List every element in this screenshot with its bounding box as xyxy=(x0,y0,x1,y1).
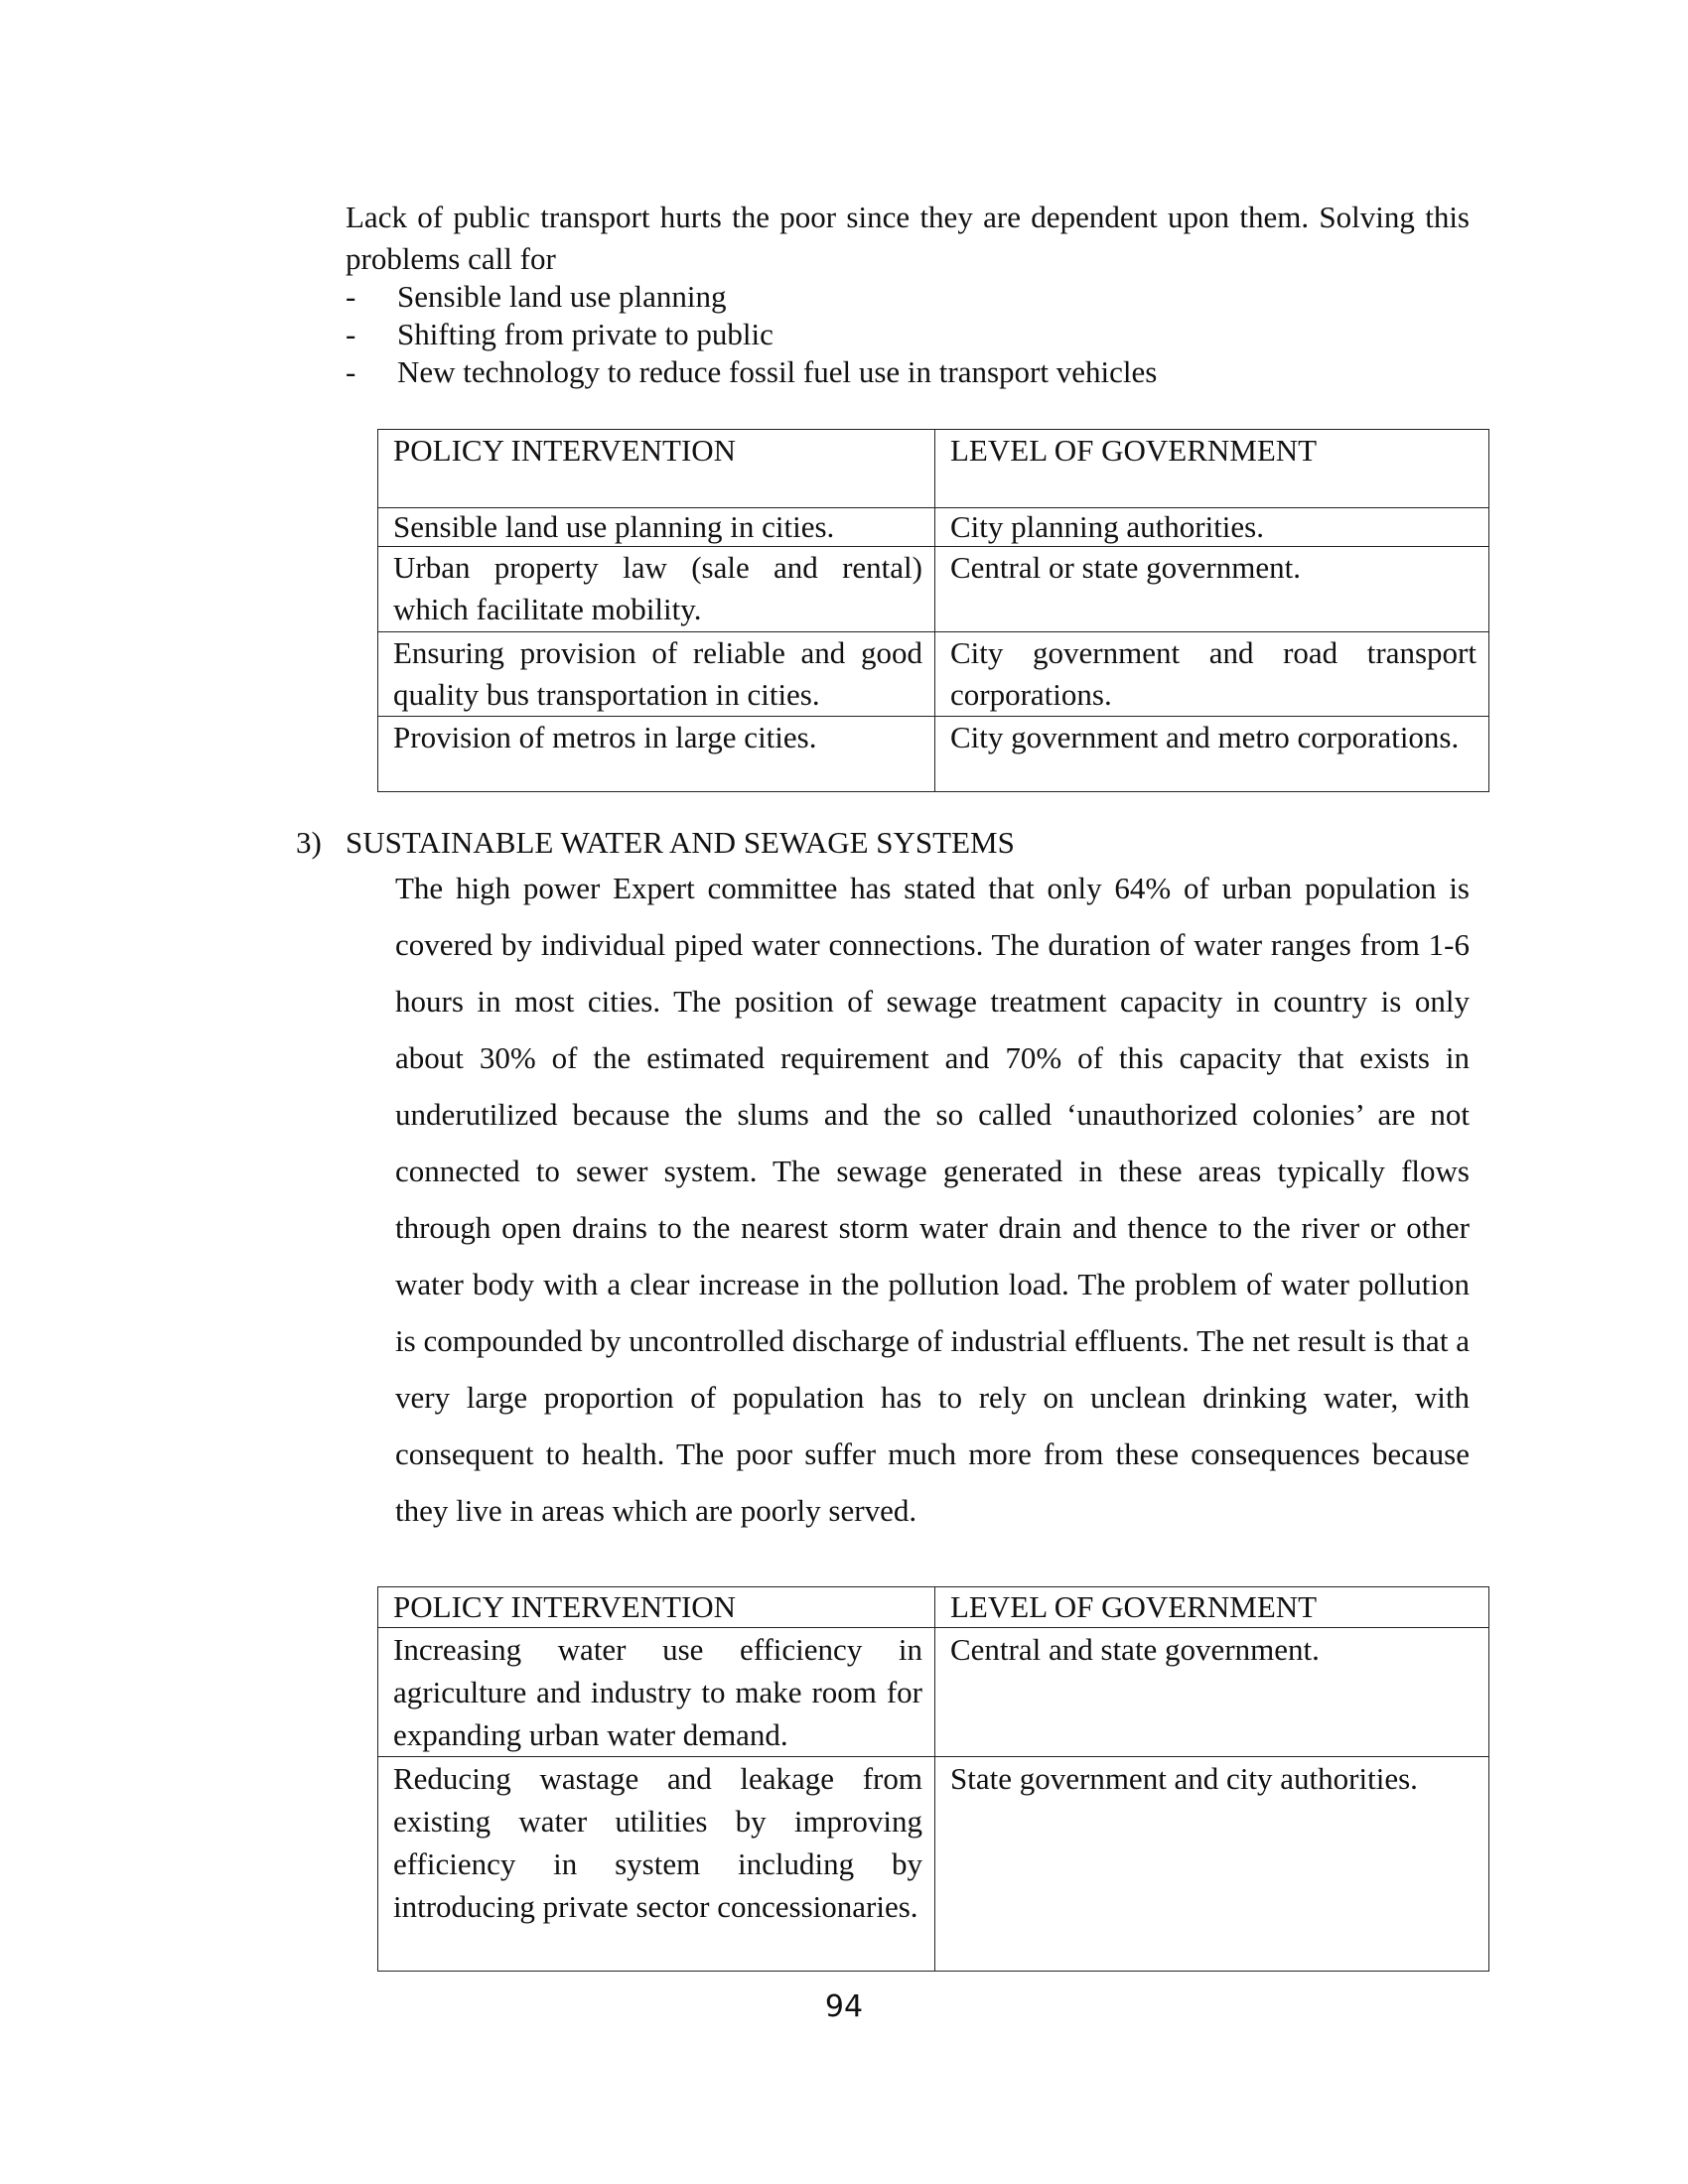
level-cell: Central or state government. xyxy=(935,547,1489,632)
page-number: 94 xyxy=(0,1989,1688,2024)
table-row: Provision of metros in large cities. Cit… xyxy=(378,717,1489,792)
bullet-dash: - xyxy=(346,353,397,391)
policy-cell: Increasing water use efficiency in agric… xyxy=(378,1628,935,1757)
list-item-text: Shifting from private to public xyxy=(397,316,774,353)
column-header-policy: POLICY INTERVENTION xyxy=(378,1587,935,1628)
paragraph-text: The high power Expert committee has stat… xyxy=(395,860,1470,1539)
policy-cell: Sensible land use planning in cities. xyxy=(378,508,935,547)
list-item: -Sensible land use planning xyxy=(346,278,1157,316)
column-header-level: LEVEL OF GOVERNMENT xyxy=(935,1587,1489,1628)
table-header-row: POLICY INTERVENTION LEVEL OF GOVERNMENT xyxy=(378,430,1489,508)
list-item: -New technology to reduce fossil fuel us… xyxy=(346,353,1157,391)
table-row: Increasing water use efficiency in agric… xyxy=(378,1628,1489,1757)
level-cell: Central and state government. xyxy=(935,1628,1489,1757)
level-cell: City planning authorities. xyxy=(935,508,1489,547)
intro-text: Lack of public transport hurts the poor … xyxy=(346,197,1470,280)
list-item-text: New technology to reduce fossil fuel use… xyxy=(397,353,1157,391)
table-row: Urban property law (sale and rental) whi… xyxy=(378,547,1489,632)
table-row: Reducing wastage and leakage from existi… xyxy=(378,1757,1489,1972)
section-title: SUSTAINABLE WATER AND SEWAGE SYSTEMS xyxy=(346,825,1015,860)
table-row: Ensuring provision of reliable and good … xyxy=(378,632,1489,717)
section-number: 3) xyxy=(296,822,346,864)
list-item: -Shifting from private to public xyxy=(346,316,1157,353)
policy-cell: Urban property law (sale and rental) whi… xyxy=(378,547,935,632)
list-item-text: Sensible land use planning xyxy=(397,278,726,316)
policy-cell: Ensuring provision of reliable and good … xyxy=(378,632,935,717)
water-policy-table: POLICY INTERVENTION LEVEL OF GOVERNMENT … xyxy=(377,1586,1489,1972)
water-sewage-paragraph: The high power Expert committee has stat… xyxy=(395,860,1470,1539)
column-header-level: LEVEL OF GOVERNMENT xyxy=(935,430,1489,508)
section-heading: 3)SUSTAINABLE WATER AND SEWAGE SYSTEMS xyxy=(296,822,1015,864)
level-cell: City government and road transport corpo… xyxy=(935,632,1489,717)
transport-policy-table: POLICY INTERVENTION LEVEL OF GOVERNMENT … xyxy=(377,429,1489,792)
table-header-row: POLICY INTERVENTION LEVEL OF GOVERNMENT xyxy=(378,1587,1489,1628)
level-cell: State government and city authorities. xyxy=(935,1757,1489,1972)
intro-paragraph: Lack of public transport hurts the poor … xyxy=(346,197,1470,280)
column-header-policy: POLICY INTERVENTION xyxy=(378,430,935,508)
level-cell: City government and metro corporations. xyxy=(935,717,1489,792)
bullet-dash: - xyxy=(346,316,397,353)
bullet-dash: - xyxy=(346,278,397,316)
table-row: Sensible land use planning in cities. Ci… xyxy=(378,508,1489,547)
solutions-list: -Sensible land use planning -Shifting fr… xyxy=(346,278,1157,391)
policy-cell: Reducing wastage and leakage from existi… xyxy=(378,1757,935,1972)
policy-cell: Provision of metros in large cities. xyxy=(378,717,935,792)
